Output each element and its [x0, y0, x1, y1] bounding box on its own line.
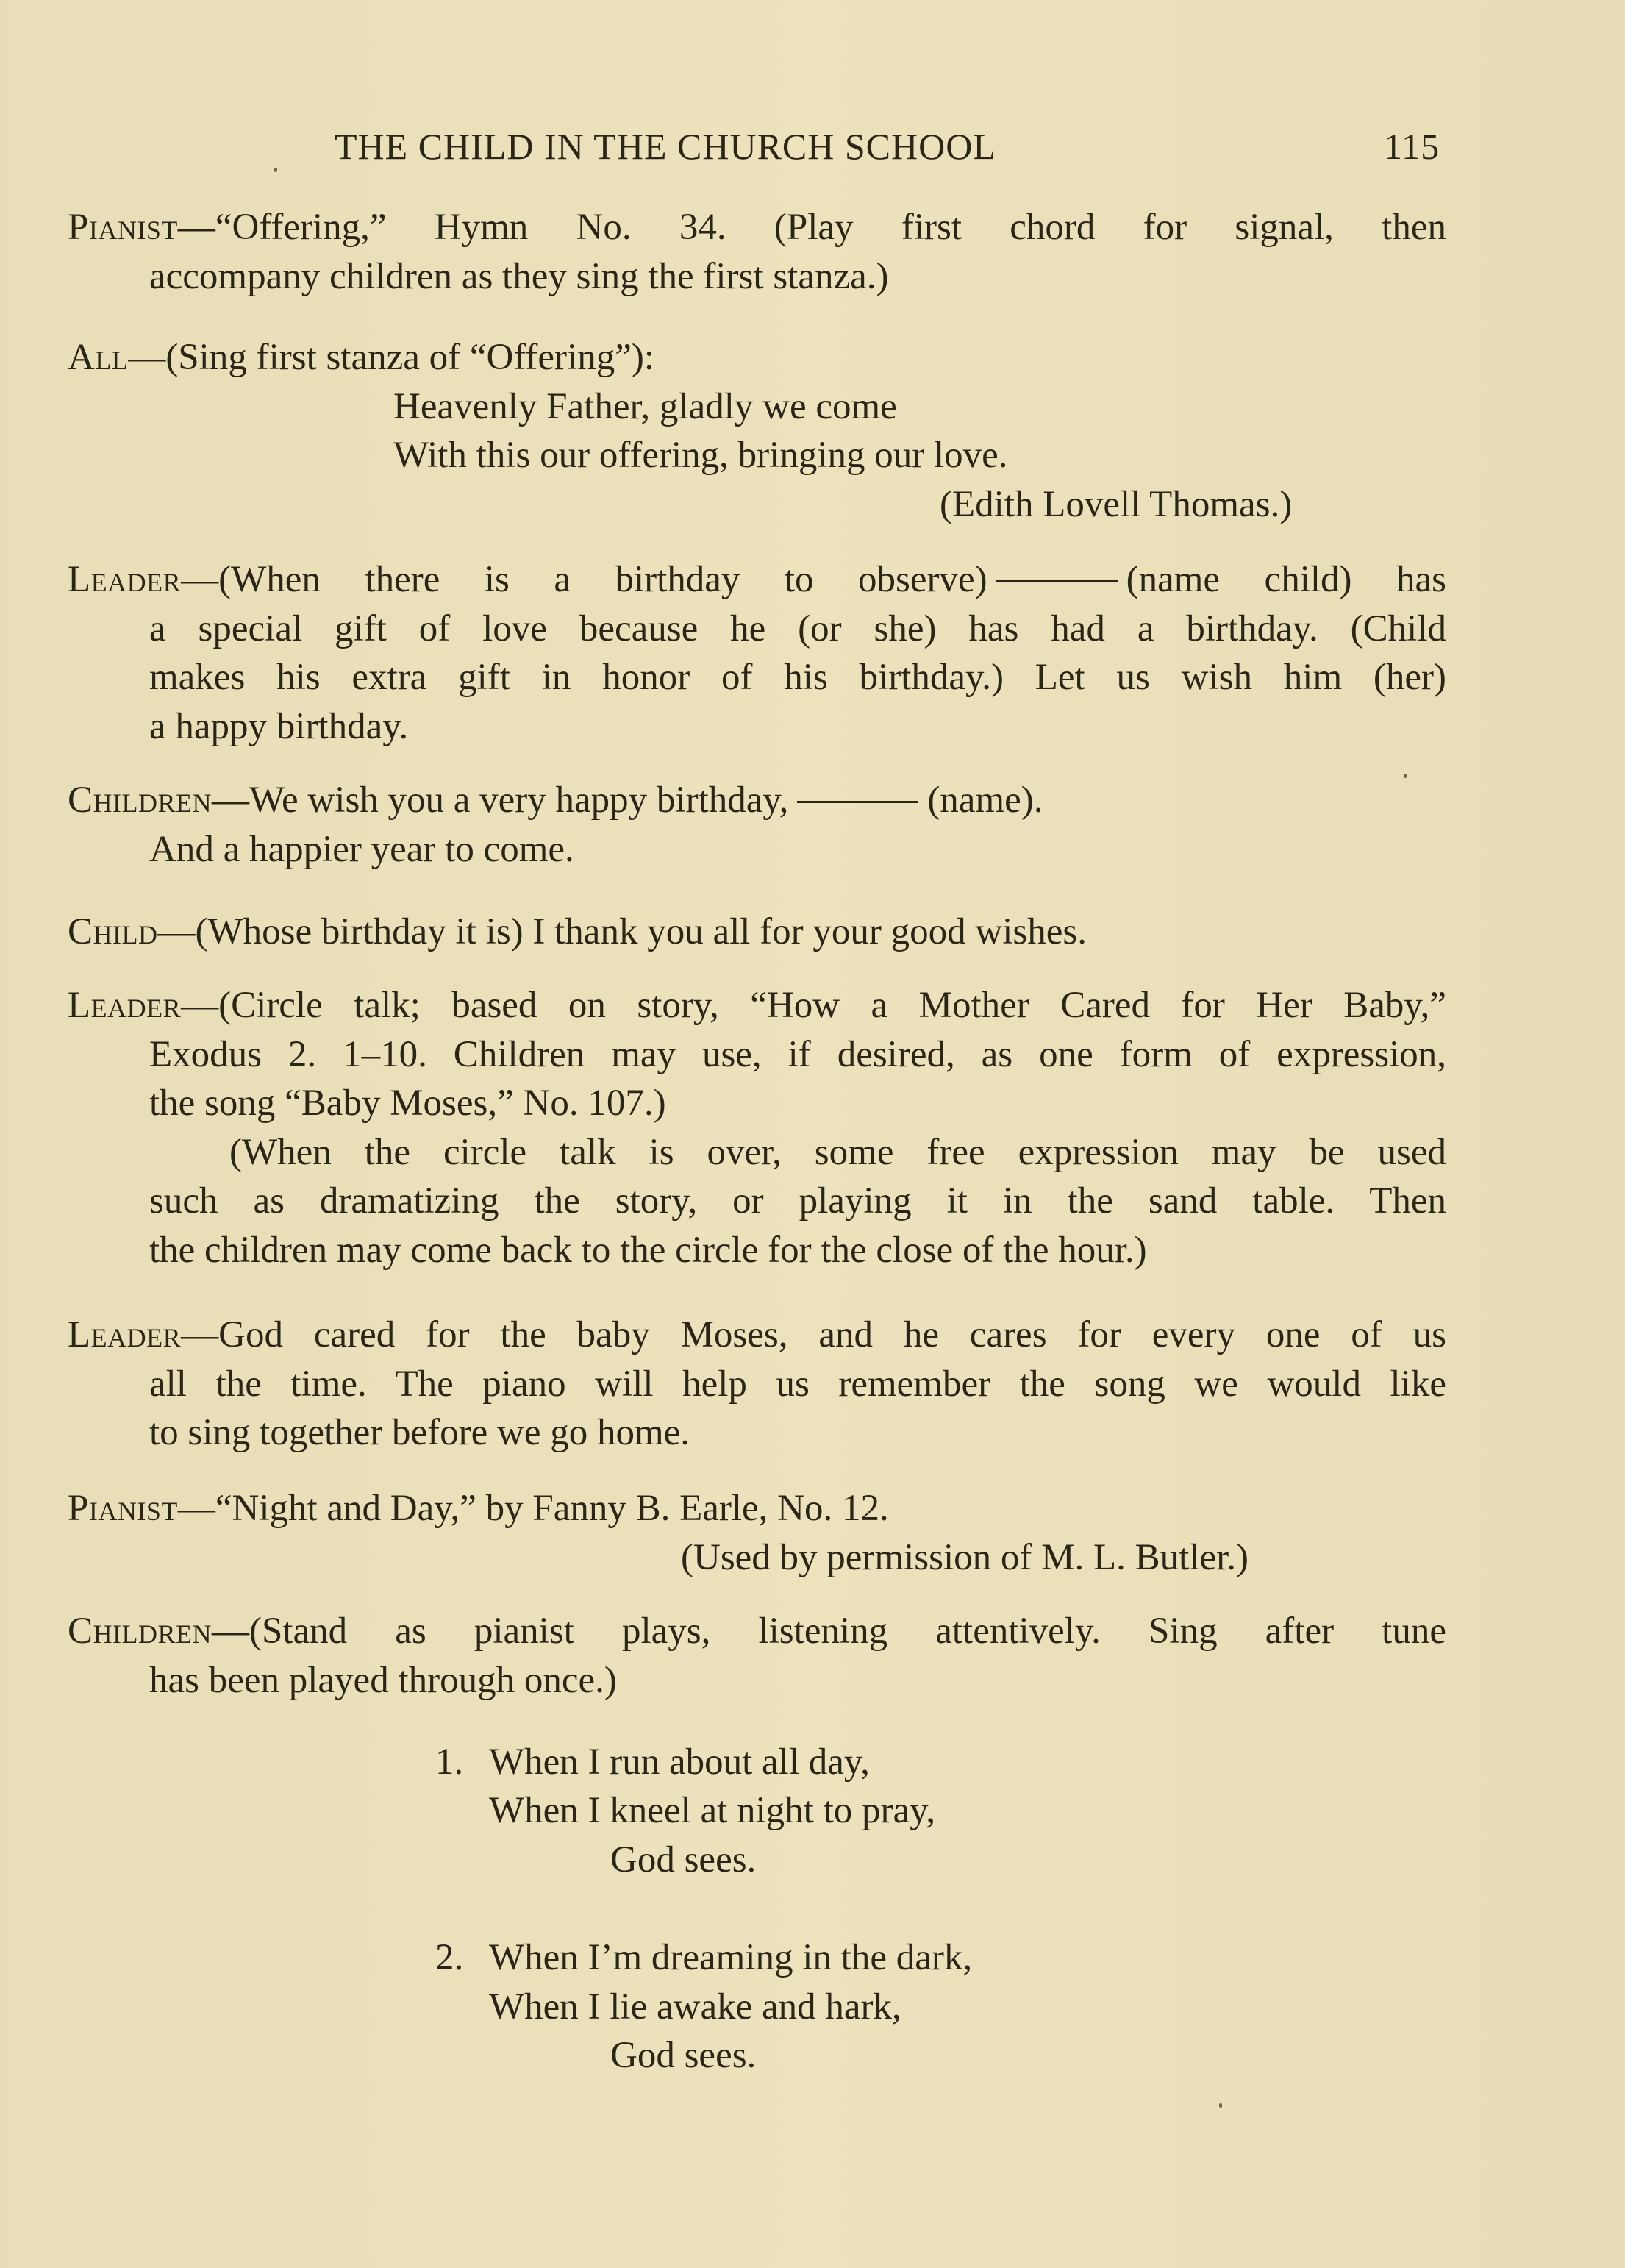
- text-line: has been played through once.): [68, 1656, 1446, 1705]
- text-line: Pianist—“Night and Day,” by Fanny B. Ear…: [68, 1484, 1446, 1533]
- scan-speck: [1219, 2103, 1222, 2108]
- speaker-label: Pianist: [68, 207, 178, 248]
- text-line: accompany children as they sing the firs…: [68, 252, 1446, 302]
- text-line: the children may come back to the circle…: [68, 1226, 1446, 1275]
- speaker-label: Leader: [68, 1314, 181, 1355]
- text-line: to sing together before we go home.: [68, 1408, 1446, 1458]
- line-text: (name child) has: [1126, 559, 1446, 600]
- verse-number: 2.: [435, 1933, 463, 1982]
- em-dash: —: [181, 1314, 218, 1355]
- text-line: Leader—God cared for the baby Moses, and…: [68, 1310, 1446, 1360]
- text-line: the song “Baby Moses,” No. 107.): [68, 1079, 1446, 1128]
- name-blank-rule: [996, 580, 1118, 582]
- text-line: Child—(Whose birthday it is) I thank you…: [68, 907, 1446, 957]
- scan-speck: [274, 168, 277, 172]
- text-line: all the time. The piano will help us rem…: [68, 1360, 1446, 1409]
- speaker-label: Leader: [68, 985, 181, 1026]
- text-line: Leader—(Circle talk; based on story, “Ho…: [68, 981, 1446, 1030]
- em-dash: —: [178, 207, 215, 248]
- verse-refrain: God sees.: [610, 1836, 756, 1884]
- text-line: All—(Sing first stanza of “Offering”):: [68, 333, 1446, 382]
- speaker-label: Child: [68, 911, 158, 952]
- pianist-offering-paragraph: Pianist—“Offering,” Hymn No. 34. (Play f…: [68, 203, 1446, 301]
- text-line: a happy birthday.: [68, 702, 1446, 752]
- em-dash: —: [181, 985, 218, 1026]
- page-number: 115: [1384, 125, 1440, 168]
- speaker-label: All: [68, 337, 128, 378]
- leader-circle-talk-paragraph: Leader—(Circle talk; based on story, “Ho…: [68, 981, 1446, 1274]
- line-text: (name).: [927, 780, 1043, 821]
- text-line: makes his extra gift in honor of his bir…: [68, 653, 1446, 702]
- line-text: (Stand as pianist plays, listening atten…: [249, 1611, 1446, 1652]
- text-line: Children—(Stand as pianist plays, listen…: [68, 1607, 1446, 1656]
- em-dash: —: [128, 337, 165, 378]
- hymn-attribution: (Edith Lovell Thomas.): [940, 480, 1292, 529]
- line-text: (When there is a birthday to observe): [218, 559, 987, 600]
- line-text: God cared for the baby Moses, and he car…: [218, 1314, 1446, 1355]
- em-dash: —: [212, 780, 249, 821]
- leader-god-cared-paragraph: Leader—God cared for the baby Moses, and…: [68, 1310, 1446, 1458]
- text-line: Exodus 2. 1–10. Children may use, if des…: [68, 1030, 1446, 1080]
- hymn-line: Heavenly Father, gladly we come: [393, 382, 897, 431]
- text-line: And a happier year to come.: [68, 825, 1446, 874]
- em-dash: —: [181, 559, 218, 600]
- leader-birthday-paragraph: Leader—(When there is a birthday to obse…: [68, 555, 1446, 751]
- line-text: (Circle talk; based on story, “How a Mot…: [218, 985, 1446, 1026]
- verse-line: When I run about all day,: [489, 1738, 870, 1786]
- line-text: “Night and Day,” by Fanny B. Earle, No. …: [215, 1488, 889, 1529]
- speaker-label: Pianist: [68, 1488, 178, 1529]
- verse-number: 1.: [435, 1738, 463, 1786]
- verse-line: When I lie awake and hark,: [489, 1983, 901, 2031]
- name-blank-rule: [797, 801, 918, 803]
- text-line: Children—We wish you a very happy birthd…: [68, 776, 1446, 825]
- line-text: (Whose birthday it is) I thank you all f…: [196, 911, 1087, 952]
- scan-speck: [1404, 774, 1407, 778]
- child-thanks-paragraph: Child—(Whose birthday it is) I thank you…: [68, 907, 1446, 957]
- all-sing-paragraph: All—(Sing first stanza of “Offering”):: [68, 333, 1446, 382]
- line-text: (Sing first stanza of “Offering”):: [165, 337, 654, 378]
- text-line: Leader—(When there is a birthday to obse…: [68, 555, 1446, 605]
- speaker-label: Children: [68, 1611, 212, 1652]
- permission-attribution: (Used by permission of M. L. Butler.): [681, 1533, 1249, 1582]
- pianist-night-and-day-paragraph: Pianist—“Night and Day,” by Fanny B. Ear…: [68, 1484, 1446, 1533]
- em-dash: —: [212, 1611, 249, 1652]
- book-page: THE CHILD IN THE CHURCH SCHOOL 115 Piani…: [0, 0, 1625, 2268]
- verse-line: When I’m dreaming in the dark,: [489, 1933, 972, 1982]
- hymn-line: With this our offering, bringing our lov…: [393, 431, 1008, 479]
- em-dash: —: [178, 1488, 215, 1529]
- running-head: THE CHILD IN THE CHURCH SCHOOL 115: [0, 125, 1625, 176]
- speaker-label: Leader: [68, 559, 181, 600]
- running-title: THE CHILD IN THE CHURCH SCHOOL: [335, 125, 996, 168]
- text-line: a special gift of love because he (or sh…: [68, 605, 1446, 654]
- line-text: We wish you a very happy birthday,: [249, 780, 788, 821]
- children-birthday-wish-paragraph: Children—We wish you a very happy birthd…: [68, 776, 1446, 874]
- text-line: Pianist—“Offering,” Hymn No. 34. (Play f…: [68, 203, 1446, 252]
- text-line: such as dramatizing the story, or playin…: [68, 1177, 1446, 1226]
- verse-refrain: God sees.: [610, 2031, 756, 2080]
- children-stand-paragraph: Children—(Stand as pianist plays, listen…: [68, 1607, 1446, 1705]
- text-line: (When the circle talk is over, some free…: [68, 1128, 1446, 1177]
- line-text: “Offering,” Hymn No. 34. (Play first cho…: [215, 207, 1446, 248]
- em-dash: —: [158, 911, 196, 952]
- speaker-label: Children: [68, 780, 212, 821]
- verse-line: When I kneel at night to pray,: [489, 1786, 935, 1835]
